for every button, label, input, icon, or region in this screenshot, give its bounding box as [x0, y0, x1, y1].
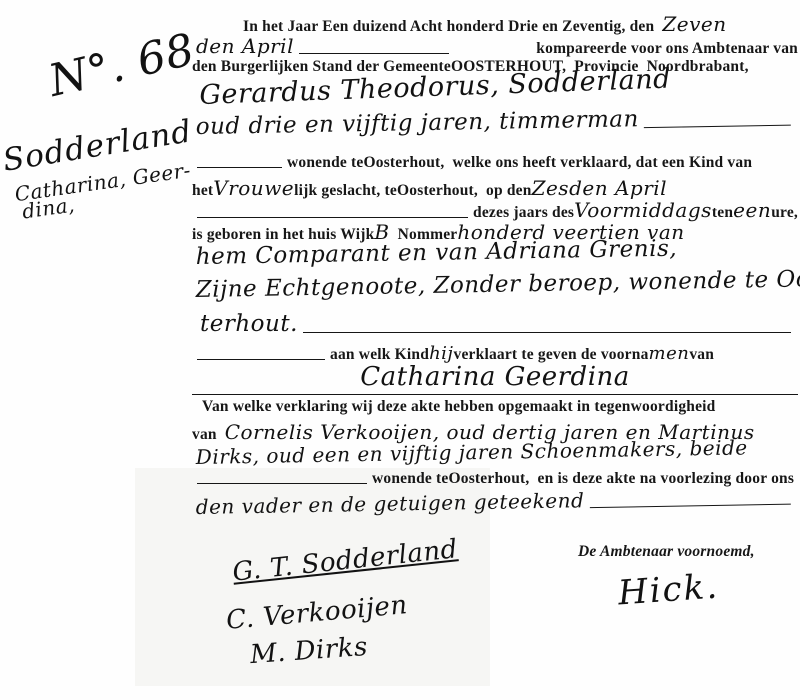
- blank-rule: [197, 216, 468, 218]
- line-name-giving: aan welk Kind hij verklaart te geven de …: [192, 343, 798, 364]
- line-declarant-age-occupation: oud drie en vijftig jaren, timmerman: [196, 104, 796, 140]
- handwritten-birth-date: Zesden April: [532, 176, 667, 200]
- handwritten-residence-end: terhout.: [200, 311, 298, 337]
- handwritten-suffix: men: [649, 343, 690, 364]
- line-mother-residence-end: terhout.: [200, 311, 796, 337]
- handwritten-day-part2: den April: [196, 34, 294, 58]
- act-number: N°. 68: [44, 24, 199, 107]
- signature-witness-2: M. Dirks: [249, 632, 369, 670]
- child-name: Catharina Geerdina: [192, 362, 798, 395]
- line-birth-time: dezes jaars des Voormiddags ten een ure,: [192, 198, 798, 222]
- line-residence-declaration: wonende te Oosterhout, welke ons heeft v…: [192, 154, 798, 172]
- blank-rule: [589, 503, 790, 509]
- birth-certificate-scan: N°. 68 Sodderland Catharina, Geer- dina,…: [0, 0, 800, 700]
- city-name: Oosterhout,: [363, 154, 444, 172]
- handwritten-daypart: Voormiddags: [574, 198, 712, 222]
- line-year-opening: In het Jaar Een duizend Acht honderd Dri…: [243, 12, 798, 36]
- blank-rule: [197, 482, 367, 484]
- printed-text: wonende te: [372, 470, 448, 488]
- signature-father: G. T. Sodderland: [231, 534, 459, 587]
- signature-witness-1: C. Verkooijen: [225, 590, 409, 636]
- line-sex-birthdate: het Vrouwe lijk geslacht, te Oosterhout,…: [192, 176, 798, 200]
- handwritten-sex: Vrouwe: [213, 176, 294, 200]
- handwritten-signed-by: den vader en de getuigen geteekend: [196, 488, 585, 519]
- blank-rule: [197, 166, 282, 168]
- city-name: Oosterhout,: [448, 470, 529, 488]
- handwritten-hour: een: [733, 198, 771, 222]
- blank-rule: [644, 124, 791, 129]
- blank-rule: [197, 358, 325, 360]
- official-title: De Ambtenaar voornoemd,: [578, 543, 755, 561]
- printed-text: wonende te: [287, 154, 363, 172]
- printed-text: kompareerde voor ons Ambtenaar van: [536, 40, 798, 58]
- blank-rule: [303, 331, 791, 333]
- signature-official: Hick.: [617, 567, 721, 614]
- handwritten-mother-details: Zijne Echtgenoote, Zonder beroep, wonend…: [196, 266, 800, 303]
- line-signed-by: den vader en de getuigen geteekend: [196, 485, 796, 519]
- line-mother-details: Zijne Echtgenoote, Zonder beroep, wonend…: [196, 266, 800, 303]
- printed-text: van: [192, 426, 217, 444]
- printed-text: welke ons heeft verklaard, dat een Kind …: [452, 154, 752, 172]
- line-witness-intro: Van welke verklaring wij deze akte hebbe…: [202, 398, 716, 416]
- blank-rule: [299, 52, 449, 54]
- handwritten-day-part1: Zeven: [662, 12, 726, 36]
- line-date-comparution: den April kompareerde voor ons Ambtenaar…: [196, 34, 798, 58]
- handwritten-age-occupation: oud drie en vijftig jaren, timmerman: [196, 106, 639, 140]
- handwritten-pronoun: hij: [429, 343, 453, 364]
- printed-text: Van welke verklaring wij deze akte hebbe…: [202, 398, 716, 416]
